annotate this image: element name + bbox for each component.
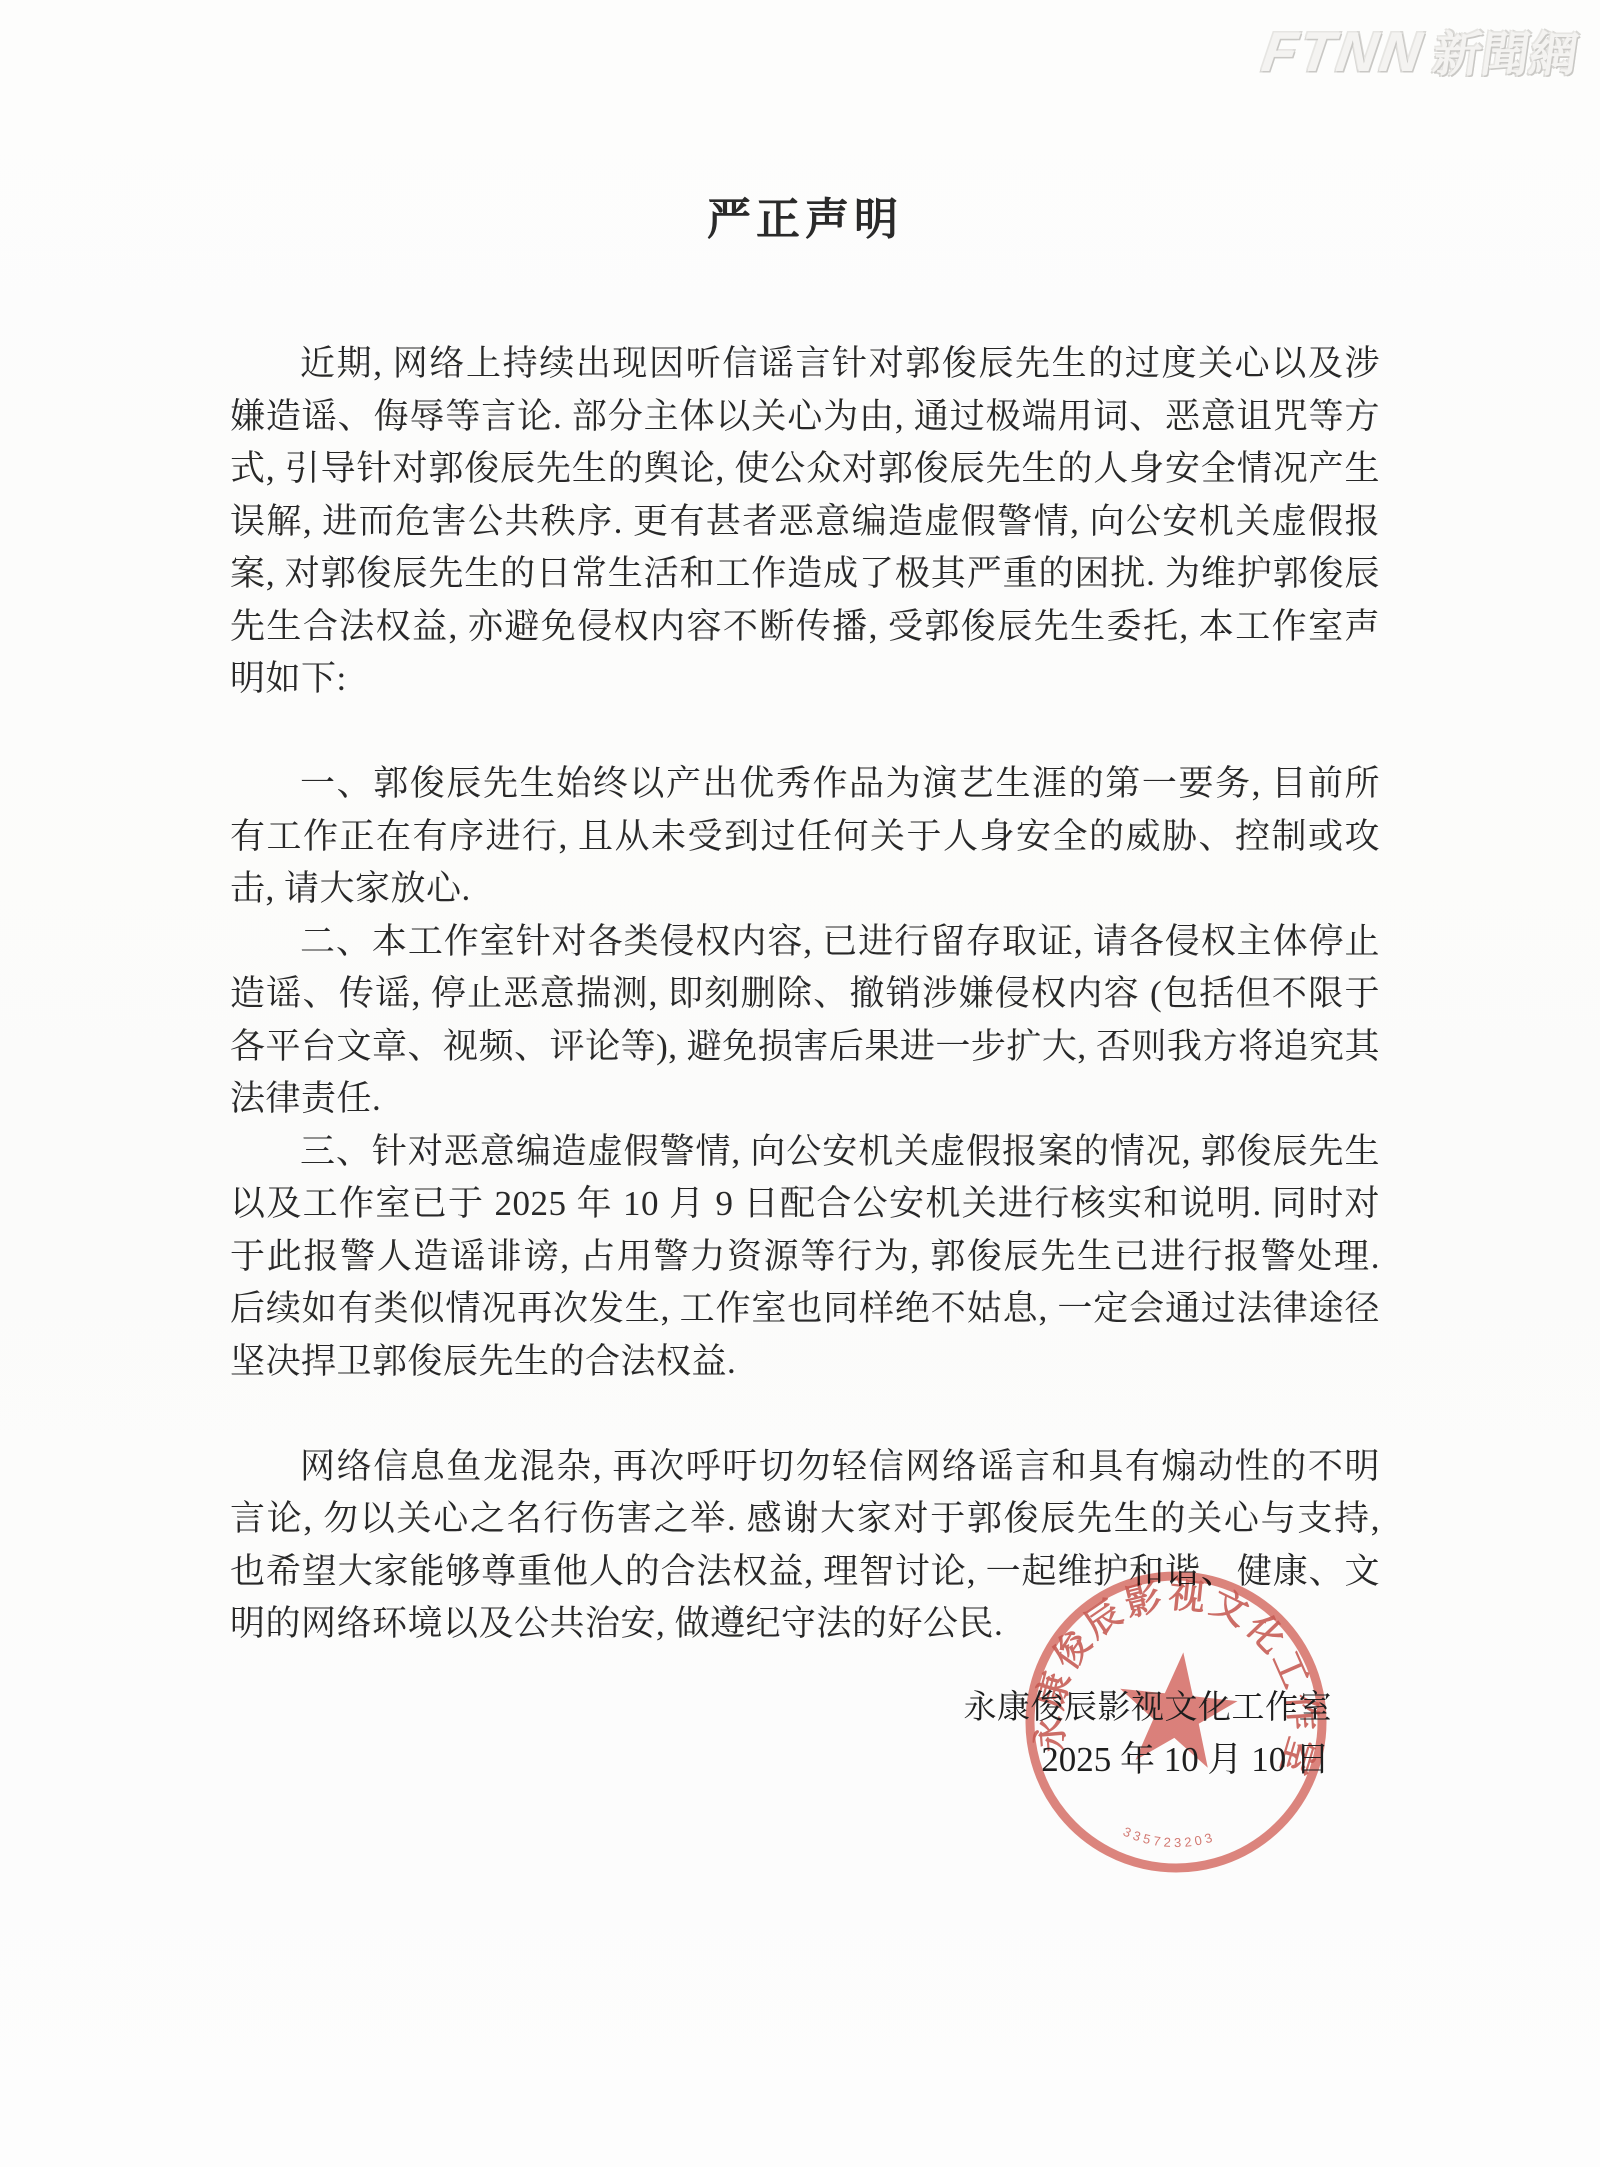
statement-paragraph-2: 二、本工作室针对各类侵权内容, 已进行留存取证, 请各侵权主体停止造谣、传谣, … xyxy=(230,916,1380,1126)
spacer xyxy=(230,250,1380,338)
spacer xyxy=(230,706,1380,759)
logo-cjk-text: 新聞網 xyxy=(1430,29,1581,82)
spacer xyxy=(230,1388,1380,1441)
signature-block: 永康俊辰影视文化工作室 2025 年 10 月 10 日 xyxy=(900,1682,1332,1786)
document-page: FTNN新聞網 严正声明 近期, 网络上持续出现因听信谣言针对郭俊辰先生的过度关… xyxy=(0,0,1600,2167)
statement-title: 严正声明 xyxy=(230,190,1380,250)
statement-body: 近期, 网络上持续出现因听信谣言针对郭俊辰先生的过度关心以及涉嫌造谣、侮辱等言论… xyxy=(230,338,1380,1651)
signature-name: 永康俊辰影视文化工作室 xyxy=(900,1682,1332,1734)
statement-paragraph-1: 一、郭俊辰先生始终以产出优秀作品为演艺生涯的第一要务, 目前所有工作正在有序进行… xyxy=(230,758,1380,916)
statement-paragraph-intro: 近期, 网络上持续出现因听信谣言针对郭俊辰先生的过度关心以及涉嫌造谣、侮辱等言论… xyxy=(230,338,1380,706)
statement-document: 严正声明 近期, 网络上持续出现因听信谣言针对郭俊辰先生的过度关心以及涉嫌造谣、… xyxy=(230,0,1380,1651)
signature-date: 2025 年 10 月 10 日 xyxy=(900,1734,1332,1786)
statement-paragraph-3: 三、针对恶意编造虚假警情, 向公安机关虚假报案的情况, 郭俊辰先生以及工作室已于… xyxy=(230,1126,1380,1389)
